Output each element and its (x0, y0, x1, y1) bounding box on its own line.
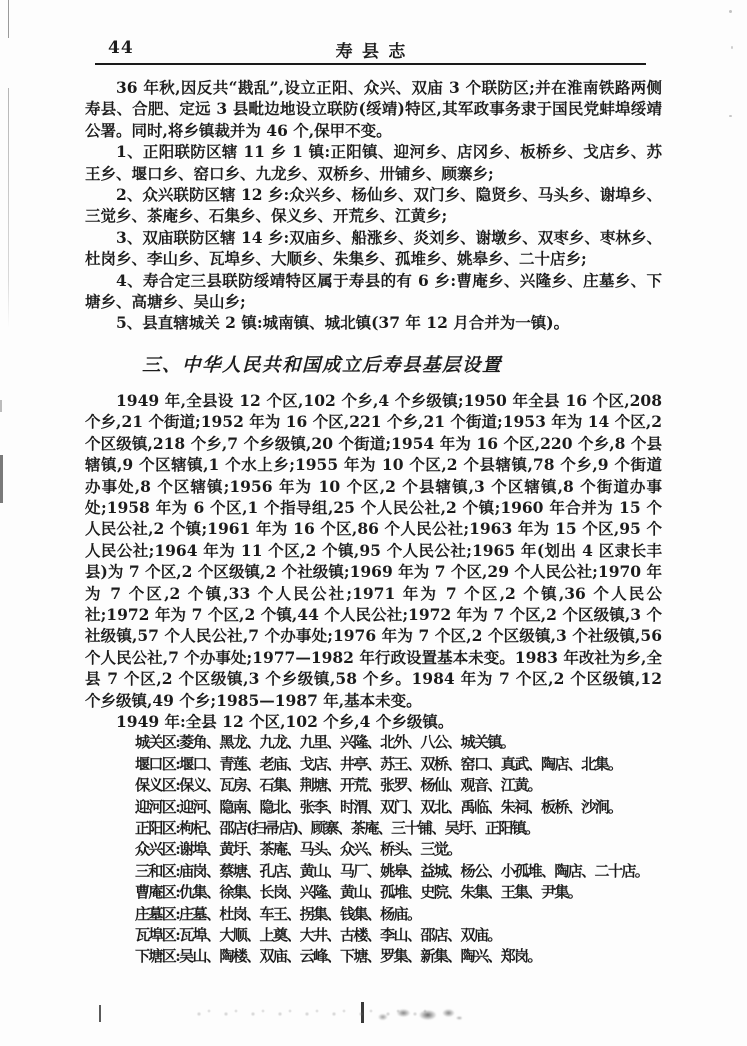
history-paragraph: 1949 年,全县设 12 个区,102 个乡,4 个乡级镇;1950 年全县 … (85, 390, 662, 711)
district-members: 保义、瓦房、石集、荆塘、开荒、张罗、杨仙、观音、江黄。 (179, 776, 541, 794)
district-members: 菱角、黑龙、九龙、九里、兴隆、北外、八公、城关镇。 (179, 733, 514, 751)
district-name: 众兴区: (135, 840, 179, 858)
scan-ink-tick (99, 1005, 101, 1022)
district-members: 庙岗、蔡塘、孔店、黄山、马厂、姚皋、益城、杨公、小孤堆、陶店、二十店。 (179, 862, 648, 880)
district-name: 下塘区: (135, 947, 179, 965)
district-list-1949: 城关区:菱角、黑龙、九龙、九里、兴隆、北外、八公、城关镇。堰口区:堰口、青莲、老… (85, 732, 662, 967)
district-line: 瓦埠区:瓦埠、大顺、上奠、大井、古楼、李山、邵店、双庙。 (85, 925, 662, 946)
district-members: 枸杞、邵店(扫帚店)、顾寨、茶庵、三十铺、吴圩、正阳镇。 (179, 819, 538, 837)
district-line: 曹庵区:仇集、徐集、长岗、兴隆、黄山、孤堆、史院、朱集、王集、尹集。 (85, 882, 662, 903)
district-members: 瓦埠、大顺、上奠、大井、古楼、李山、邵店、双庙。 (179, 926, 501, 944)
scanned-book-page: 44 寿县志 36 年秋,因反共“戡乱”,设立正阳、众兴、双庙 3 个联防区;并… (0, 0, 747, 1046)
page-body: 36 年秋,因反共“戡乱”,设立正阳、众兴、双庙 3 个联防区;并在淮南铁路两侧… (85, 77, 662, 968)
section-heading: 三、中华人民共和国成立后寿县基层设置 (85, 351, 662, 377)
district-name: 瓦埠区: (135, 926, 179, 944)
scan-ink-smudge (372, 1004, 462, 1024)
scan-speck (731, 46, 733, 49)
district-name: 正阳区: (135, 819, 179, 837)
intro-paragraph: 36 年秋,因反共“戡乱”,设立正阳、众兴、双庙 3 个联防区;并在淮南铁路两侧… (85, 77, 662, 141)
liandian-item: 1、正阳联防区辖 11 乡 1 镇:正阳镇、迎河乡、店冈乡、板桥乡、戈店乡、苏王… (85, 141, 662, 184)
district-members: 迎河、隐南、隐北、张李、时渭、双门、双北、禹临、朱祠、板桥、沙涧。 (179, 798, 621, 816)
district-members: 堰口、青莲、老庙、戈店、井亭、苏王、双桥、窑口、真武、陶店、北集。 (179, 755, 621, 773)
district-name: 堰口区: (135, 755, 179, 773)
district-line: 迎河区:迎河、隐南、隐北、张李、时渭、双门、双北、禹临、朱祠、板桥、沙涧。 (85, 797, 662, 818)
district-line: 庄墓区:庄墓、杜岗、车王、拐集、钱集、杨庙。 (85, 904, 662, 925)
book-title: 寿县志 (95, 37, 646, 62)
liandian-list: 1、正阳联防区辖 11 乡 1 镇:正阳镇、迎河乡、店冈乡、板桥乡、戈店乡、苏王… (85, 141, 662, 334)
scan-speck (729, 10, 732, 13)
district-members: 谢埠、黄圩、茶庵、马头、众兴、桥头、三觉。 (179, 840, 460, 858)
district-line: 众兴区:谢埠、黄圩、茶庵、马头、众兴、桥头、三觉。 (85, 839, 662, 860)
district-line: 保义区:保义、瓦房、石集、荆塘、开荒、张罗、杨仙、观音、江黄。 (85, 775, 662, 796)
liandian-item: 4、寿合定三县联防绥靖特区属于寿县的有 6 乡:曹庵乡、兴隆乡、庄墓乡、下塘乡、… (85, 270, 662, 313)
district-name: 保义区: (135, 776, 179, 794)
district-line: 三和区:庙岗、蔡塘、孔店、黄山、马厂、姚皋、益城、杨公、小孤堆、陶店、二十店。 (85, 861, 662, 882)
liandian-item: 3、双庙联防区辖 14 乡:双庙乡、船涨乡、炎刘乡、谢墩乡、双枣乡、枣林乡、杜岗… (85, 227, 662, 270)
district-name: 庄墓区: (135, 905, 179, 923)
district-line: 堰口区:堰口、青莲、老庙、戈店、井亭、苏王、双桥、窑口、真武、陶店、北集。 (85, 754, 662, 775)
district-members: 仇集、徐集、长岗、兴隆、黄山、孤堆、史院、朱集、王集、尹集。 (179, 883, 581, 901)
district-line: 城关区:菱角、黑龙、九龙、九里、兴隆、北外、八公、城关镇。 (85, 732, 662, 753)
scan-ink-tick (361, 1002, 364, 1023)
district-name: 曹庵区: (135, 883, 179, 901)
scan-edge-line (8, 0, 9, 38)
district-name: 城关区: (135, 733, 179, 751)
year-1949-summary: 1949 年:全县 12 个区,102 个乡,4 个乡级镇。 (85, 711, 662, 732)
district-name: 迎河区: (135, 798, 179, 816)
scan-dot-trail (195, 1008, 430, 1020)
district-line: 正阳区:枸杞、邵店(扫帚店)、顾寨、茶庵、三十铺、吴圩、正阳镇。 (85, 818, 662, 839)
scan-edge-mark (0, 455, 3, 503)
district-name: 三和区: (135, 862, 179, 880)
scan-edge-mark (0, 400, 2, 412)
scan-edge-line (8, 88, 9, 328)
district-line: 下塘区:吴山、陶楼、双庙、云峰、下塘、罗集、新集、陶兴、郑岗。 (85, 946, 662, 967)
district-members: 庄墓、杜岗、车王、拐集、钱集、杨庙。 (179, 905, 420, 923)
scan-speck (729, 115, 732, 117)
liandian-item: 2、众兴联防区辖 12 乡:众兴乡、杨仙乡、双门乡、隐贤乡、马头乡、谢埠乡、三觉… (85, 184, 662, 227)
header-rule (95, 63, 646, 65)
liandian-item: 5、县直辖城关 2 镇:城南镇、城北镇(37 年 12 月合并为一镇)。 (85, 312, 662, 333)
district-members: 吴山、陶楼、双庙、云峰、下塘、罗集、新集、陶兴、郑岗。 (179, 947, 541, 965)
